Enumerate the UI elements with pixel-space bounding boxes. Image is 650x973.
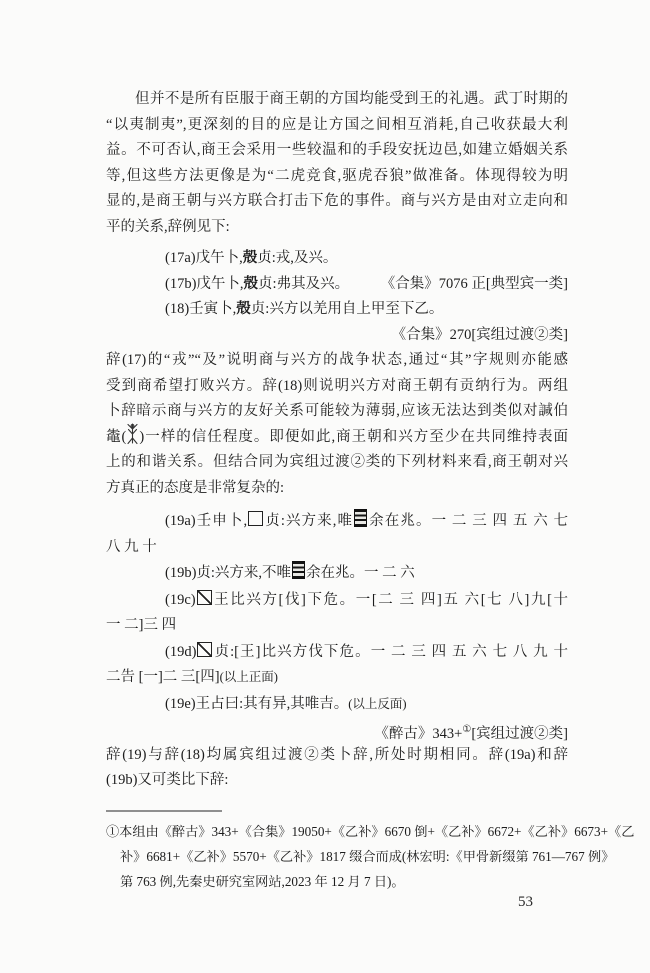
example-text: (18)壬寅卜, <box>165 301 236 317</box>
example-text: 余在兆。一 二 三 四 五 六 七 <box>368 513 568 529</box>
paragraph-line: (19b)又可类比下辞: <box>106 768 568 794</box>
oracle-example-line: (19d)贞:[王]比兴方伐下危。一 二 三 四 五 六 七 八 九 十 <box>106 640 568 666</box>
diviner-name: 殻 <box>243 250 258 266</box>
side-note: (以上反面) <box>348 697 406 711</box>
paragraph-text: 鼄( <box>106 429 126 445</box>
footnote-divider <box>106 810 222 812</box>
text-column: 但并不是所有臣服于商王朝的方国均能受到王的礼遇。武丁时期的 “以夷制夷”,更深刻… <box>106 87 568 894</box>
oracle-example-line: (18)壬寅卜,殻贞:兴方以羌用自上甲至下乙。 <box>106 297 568 323</box>
diviner-name: 殻 <box>236 301 251 317</box>
footnote-line: 第 763 例,先秦史研究室网站,2023 年 12 月 7 日)。 <box>106 869 568 894</box>
paragraph-line: 受到商希望打败兴方。辞(18)则说明兴方对商王朝有贡纳行为。两组 <box>106 374 568 400</box>
example-text: 贞:兴方以羌用自上甲至下乙。 <box>251 301 444 317</box>
paragraph-line: 鼄()一样的信任程度。即便如此,商王朝和兴方至少在共同维持表面 <box>106 425 568 451</box>
lacuna-mark <box>197 642 212 657</box>
oracle-example-line: 八 九 十 <box>106 535 568 561</box>
example-text: (17b)戊午卜,殻贞:弗其及兴。 <box>106 272 349 298</box>
lacuna-mark <box>197 590 212 605</box>
paragraph-line: 卜辞暗示商与兴方的友好关系可能较为薄弱,应该无法达到类似对諴伯 <box>106 399 568 425</box>
side-note: (以上正面) <box>220 670 278 684</box>
paragraph-line: 但并不是所有臣服于商王朝的方国均能受到王的礼遇。武丁时期的 <box>106 87 568 113</box>
oracle-example-line: (19e)王占曰:其有异,其唯吉。(以上反面) <box>106 692 568 718</box>
page: { "t": { "l1": "但并不是所有臣服于商王朝的方国均能受到王的礼遇。… <box>0 0 650 973</box>
example-text: 王比兴方[伐]下危。一[二 三 四]五 六[七 八]九[十 <box>213 592 568 608</box>
example-text: (19b)贞:兴方来,不唯 <box>165 565 291 581</box>
paragraph-line: 辞(17)的“戎”“及”说明商与兴方的战争状态,通过“其”字规则亦能感 <box>106 348 568 374</box>
oracle-example-line: (17a)戊午卜,殻贞:戎,及兴。 <box>106 246 568 272</box>
example-text: (19e)王占曰:其有异,其唯吉。 <box>165 696 348 712</box>
citation: 《合集》270[宾组过渡②类] <box>106 323 568 349</box>
citation: 《合集》7076 正[典型宾一类] <box>381 272 568 298</box>
example-text: 贞:兴方来,唯 <box>264 513 353 529</box>
paragraph-line: 等,但这些方法更像是为“二虎竞食,驱虎吞狼”做准备。体现得较为明 <box>106 164 568 190</box>
diviner-name: 殻 <box>244 276 259 292</box>
paragraph-line: 辞(19)与辞(18)均属宾组过渡②类卜辞,所处时期相同。辞(19a)和辞 <box>106 743 568 769</box>
paragraph-line: “以夷制夷”,更深刻的目的应是让方国之间相互消耗,自己收获最大利 <box>106 113 568 139</box>
example-text: (19a)壬申卜, <box>165 513 247 529</box>
example-text: 余在兆。一 二 六 <box>306 565 415 581</box>
oracle-example-line: (19b)贞:兴方来,不唯余在兆。一 二 六 <box>106 561 568 587</box>
oracle-example-line: (19c)王比兴方[伐]下危。一[二 三 四]五 六[七 八]九[十 <box>106 588 568 614</box>
page-number: 53 <box>518 894 533 911</box>
paragraph-line: 益。不可否认,商王会采用一些较温和的手段安抚边邑,如建立婚姻关系 <box>106 138 568 164</box>
oracle-example-line: (19a)壬申卜,贞:兴方来,唯余在兆。一 二 三 四 五 六 七 <box>106 509 568 535</box>
example-text: 二告 [一]二 三[四] <box>106 669 220 685</box>
illegible-char-box <box>248 511 263 526</box>
example-text: (17a)戊午卜, <box>165 250 243 266</box>
footnote-line: ①本组由《醉古》343+《合集》19050+《乙补》6670 倒+《乙补》667… <box>106 819 568 844</box>
oracle-example-line: 一 二]三 四 <box>106 613 568 639</box>
inscription-glyph-image <box>354 509 367 527</box>
footnote-reference: ① <box>462 724 471 735</box>
paragraph-line: 方真正的态度是非常复杂的: <box>106 476 568 502</box>
inscription-glyph-image <box>292 561 305 579</box>
oracle-example-line: (17b)戊午卜,殻贞:弗其及兴。 《合集》7076 正[典型宾一类] <box>106 272 568 298</box>
citation-text: 《醉古》343+ <box>374 726 462 742</box>
example-text: 贞:[王]比兴方伐下危。一 二 三 四 五 六 七 八 九 十 <box>213 644 568 660</box>
paragraph-line: 显的,是商王朝与兴方联合打击下危的事件。商与兴方是由对立走向和 <box>106 189 568 215</box>
example-text: (19d) <box>165 644 196 660</box>
footnote-line: 补》6681+《乙补》5570+《乙补》1817 缀合而成(林宏明:《甲骨新缀第… <box>106 844 568 869</box>
paragraph-line: 上的和谐关系。但结合同为宾组过渡②类的下列材料来看,商王朝对兴 <box>106 450 568 476</box>
example-text: (19c) <box>165 592 196 608</box>
citation-text: [宾组过渡②类] <box>471 726 568 742</box>
footnote: ①本组由《醉古》343+《合集》19050+《乙补》6670 倒+《乙补》667… <box>106 819 568 894</box>
paragraph-line: 平的关系,辞例见下: <box>106 215 568 241</box>
citation: 《醉古》343+①[宾组过渡②类] <box>106 717 568 743</box>
oracle-example-line: 二告 [一]二 三[四](以上正面) <box>106 665 568 691</box>
example-text: 贞:戎,及兴。 <box>257 250 337 266</box>
paragraph-text: )一样的信任程度。即便如此,商王朝和兴方至少在共同维持表面 <box>139 429 568 445</box>
